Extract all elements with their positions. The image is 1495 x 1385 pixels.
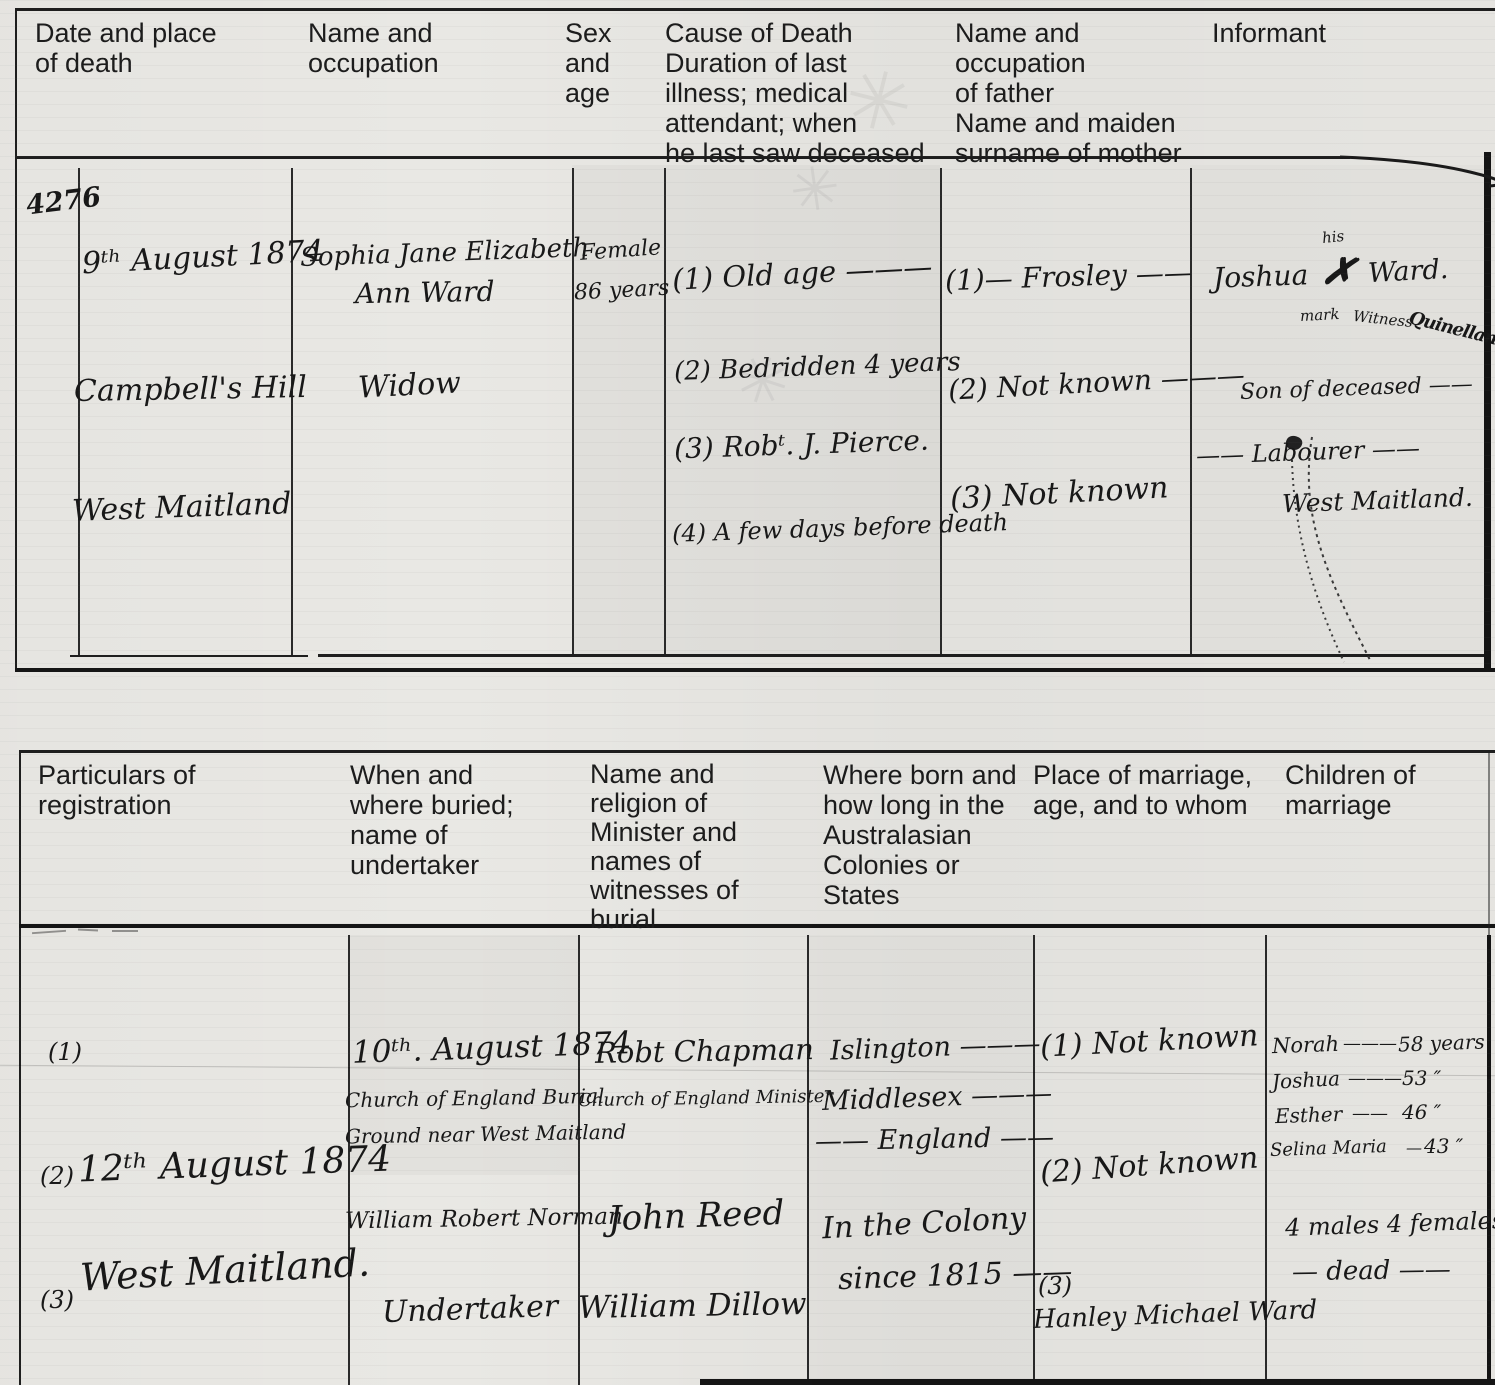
registration-place: West Maitland. [79, 1240, 371, 1299]
header-cause-of-death: Cause of Death Duration of last illness;… [665, 18, 925, 168]
column-divider [940, 168, 942, 656]
marriage-detail-line: (2) Not known [1039, 1140, 1259, 1190]
entry-bottom-rule [70, 655, 308, 657]
burial-place-line: Ground near West Maitland [345, 1120, 627, 1149]
header-name-occupation: Name and occupation [308, 18, 439, 78]
burial-place-line: Church of England Burial [345, 1084, 605, 1113]
birthplace-line: Middlesex ——— [822, 1078, 1053, 1117]
child-name: Esther [1275, 1102, 1343, 1128]
column-divider [78, 168, 80, 656]
header-place-of-marriage: Place of marriage, age, and to whom [1033, 760, 1252, 820]
child-name: Norah [1272, 1032, 1340, 1058]
bottom-table-top-border [19, 750, 1495, 753]
deceased-age: 86 years [573, 276, 670, 306]
top-table-left-border [15, 8, 17, 670]
registration-item-label: (2) [40, 1162, 74, 1190]
burial-date: 10ᵗʰ. August 1874 [351, 1025, 632, 1071]
informant-mark-label: mark [1300, 305, 1340, 325]
cause-of-death-line: (3) Robᵗ. J. Pierce. [674, 424, 930, 466]
marriage-detail-line: (1) Not known [1039, 1018, 1259, 1064]
pen-scratch-flourish [1309, 437, 1370, 660]
column-divider [1190, 168, 1192, 656]
date-of-death: 9ᵗʰ August 1874 [81, 234, 324, 282]
pencil-mark [78, 928, 98, 931]
top-table-top-border [15, 8, 1495, 11]
header-minister-witnesses: Name and religion of Minister and names … [590, 760, 739, 934]
father-name-line: (3) Not known [949, 470, 1169, 516]
minister-religion: Church of England Minister [578, 1086, 833, 1111]
top-table-bottom-border [15, 668, 1495, 672]
minister-name: Robt Chapman [595, 1032, 814, 1070]
cause-of-death-line: (2) Bedridden 4 years [674, 347, 962, 387]
informant-occupation: —— Labourer —— [1196, 434, 1421, 470]
pencil-mark [112, 930, 138, 932]
undertaker-name: William Robert Norman [345, 1204, 623, 1235]
child-name: Selina Maria [1270, 1136, 1387, 1161]
children-summary-line: 4 males 4 females [1285, 1206, 1495, 1242]
registration-number: 4276 [24, 182, 102, 222]
registration-item-label: (3) [40, 1286, 74, 1314]
top-table-right-border [1484, 152, 1491, 672]
column-divider [664, 168, 666, 656]
header-sex-age: Sex and age [565, 18, 612, 108]
child-age: 58 years [1398, 1029, 1485, 1056]
pencil-mark [32, 930, 66, 934]
place-of-death-line: Campbell's Hill [74, 370, 307, 409]
bottom-table-right-border [1487, 935, 1491, 1385]
bottom-table-right-border [1488, 750, 1490, 935]
informant-witness-signature: Quinellan [1407, 307, 1495, 349]
death-certificate-scan: ✳ ✳ ✳ Date and place of death Name and o… [0, 0, 1495, 1385]
deceased-name-line: Ann Ward [355, 275, 495, 310]
page-bottom-edge [700, 1379, 1495, 1385]
header-children-of-marriage: Children of marriage [1285, 760, 1416, 820]
deceased-occupation: Widow [357, 365, 462, 405]
child-age: 53 ″ [1402, 1066, 1441, 1090]
children-summary-line: — dead —— [1292, 1255, 1451, 1288]
bottom-table-header-bottom-border [19, 924, 1495, 928]
header-date-place-of-death: Date and place of death [35, 18, 217, 78]
father-name-line: (1)— Frosley —— [944, 256, 1192, 298]
informant-first-name: Joshua [1212, 258, 1308, 294]
bottom-table-left-border [19, 750, 21, 1385]
child-dash: ——— [1343, 1033, 1397, 1054]
child-dash: —— [1352, 1103, 1388, 1124]
child-age: 43 ″ [1424, 1134, 1463, 1158]
header-where-born: Where born and how long in the Australas… [823, 760, 1017, 910]
burial-witness-name: William Dillow [578, 1286, 807, 1326]
birthplace-line: —— England —— [815, 1122, 1054, 1157]
cause-of-death-line: (1) Old age ——— [671, 249, 933, 297]
birthplace-line: Islington ——— [830, 1028, 1042, 1066]
informant-residence: West Maitland. [1282, 483, 1474, 519]
child-dash: ——— [1348, 1068, 1402, 1089]
column-divider [807, 935, 809, 1385]
marriage-item-label: (3) [1038, 1272, 1072, 1300]
informant-surname: Ward. [1367, 254, 1449, 289]
informant-x-mark: ✗ [1319, 246, 1359, 297]
child-name: Joshua [1271, 1066, 1340, 1094]
entry-bottom-rule [318, 654, 1484, 657]
father-name-line: (2) Not known ——— [947, 358, 1245, 406]
time-in-colony-line: In the Colony [821, 1201, 1027, 1247]
registration-item-label: (1) [48, 1038, 82, 1066]
child-dash: — [1406, 1138, 1422, 1157]
deceased-sex: Female [579, 235, 662, 266]
header-informant: Informant [1212, 18, 1326, 48]
header-when-where-buried: When and where buried; name of undertake… [350, 760, 514, 880]
undertaker-title: Undertaker [381, 1289, 558, 1330]
child-age: 46 ″ [1402, 1100, 1441, 1124]
header-father-mother: Name and occupation of father Name and m… [955, 18, 1182, 168]
burial-witness-name: John Reed [607, 1193, 785, 1239]
marriage-spouse-name: Hanley Michael Ward [1033, 1295, 1318, 1335]
deceased-name-line: Sophia Jane Elizabeth [300, 233, 590, 273]
informant-witness-label: Witness [1352, 307, 1413, 331]
informant-relationship: Son of deceased —— [1240, 372, 1474, 405]
informant-his-label: his [1321, 227, 1345, 247]
place-of-death-line: West Maitland [71, 486, 291, 529]
header-particulars-of-registration: Particulars of registration [38, 760, 196, 820]
